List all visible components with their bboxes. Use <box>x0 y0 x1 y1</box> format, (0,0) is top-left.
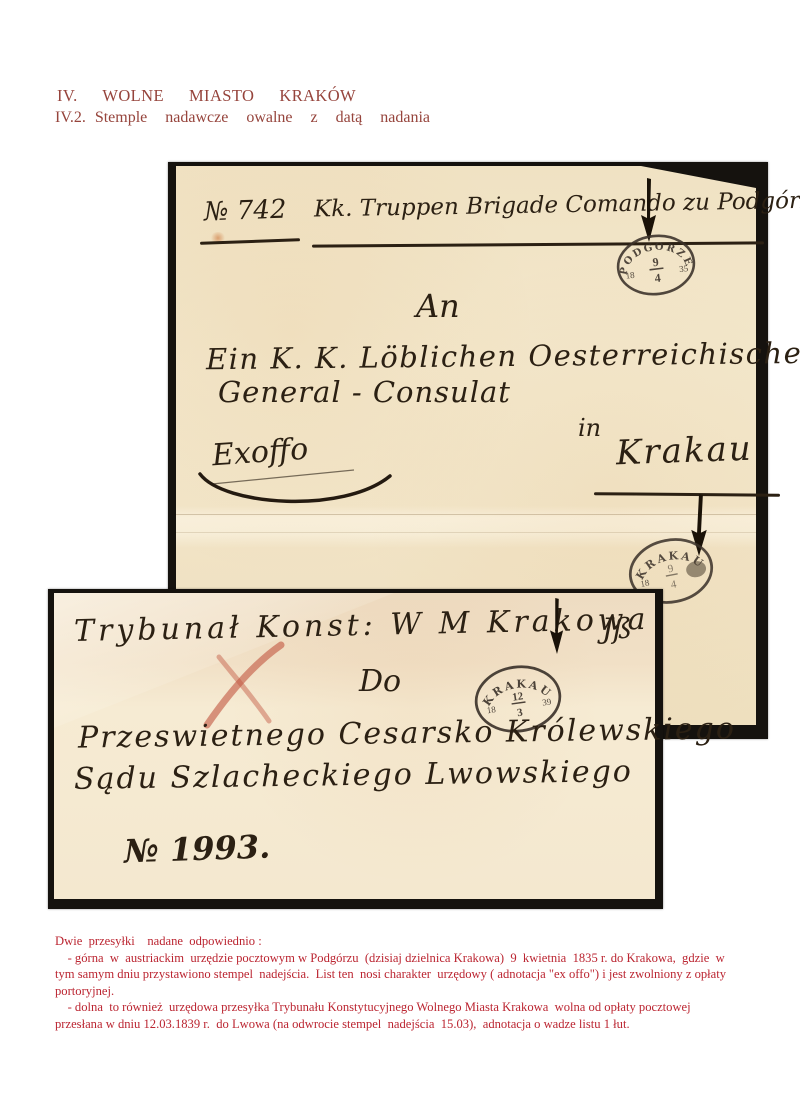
red-crayon-weight-mark-icon <box>189 635 299 730</box>
caption-line: Dwie przesyłki nadane odpowiednio : <box>55 933 770 950</box>
postmark-year-left: 18 <box>486 704 497 715</box>
caption-block: Dwie przesyłki nadane odpowiednio : - gó… <box>55 933 770 1032</box>
clerk-paraph: Jß <box>602 615 632 643</box>
address-line-3: in <box>578 416 601 440</box>
caption-line: - górna w austriackim urzędzie pocztowym… <box>55 950 770 967</box>
fold-crease <box>176 532 756 533</box>
postmark-day: 9 <box>652 255 660 270</box>
exhibit-title: IV. WOLNE MIASTO KRAKÓW <box>57 86 356 106</box>
address-line-1: Ein K. K. Löblichen Oesterreichischen <box>206 339 800 374</box>
address-line-2: Sądu Szlacheckiego Lwowskiego <box>74 757 633 795</box>
destination: Krakau <box>615 432 753 471</box>
caption-line: - dolna to również urzędowa przesyłka Tr… <box>55 999 770 1016</box>
exhibit-page: IV. WOLNE MIASTO KRAKÓW IV.2. Stemple na… <box>0 0 800 1093</box>
postmark-year-right: 39 <box>542 696 553 707</box>
address-line-2: General - Consulat <box>218 378 511 407</box>
salutation: An <box>416 290 460 322</box>
exhibit-subtitle: IV.2. Stemple nadawcze owalne z datą nad… <box>55 109 430 127</box>
postmark-podgorze: PODGORZE 9 4 18 35 <box>610 227 701 303</box>
to-word: Do <box>359 667 401 697</box>
sender-line: Kk. Truppen Brigade Comando zu Podgórze <box>314 190 800 222</box>
docket-number: № 742 <box>204 197 287 226</box>
ink-underline <box>594 492 780 497</box>
ink-swash <box>194 462 399 517</box>
docket-number: № 1993. <box>123 830 270 867</box>
address-line-1: Przeswietnego Cesarsko Królewskiego <box>78 714 736 753</box>
lower-cover-scan: Trybunał Konst: W M Krakowa Jß Do KRAKAU… <box>48 589 663 909</box>
caption-line: portoryjnej. <box>55 983 770 1000</box>
down-arrow-mark-icon <box>546 598 568 654</box>
postmark-day: 9 <box>667 563 675 576</box>
postmark-year-left: 18 <box>625 270 636 281</box>
postmark-month: 4 <box>654 271 662 286</box>
postmark-month: 4 <box>670 578 678 591</box>
ink-underline <box>312 241 764 247</box>
postmark-year-right: 35 <box>679 263 690 274</box>
postmark-year-left: 18 <box>639 577 650 589</box>
caption-line: tym samym dniu przystawiono stempel nade… <box>55 966 770 983</box>
lower-cover-paper: Trybunał Konst: W M Krakowa Jß Do KRAKAU… <box>54 593 655 899</box>
caption-line: przesłana w dniu 12.03.1839 r. do Lwowa … <box>55 1016 770 1033</box>
